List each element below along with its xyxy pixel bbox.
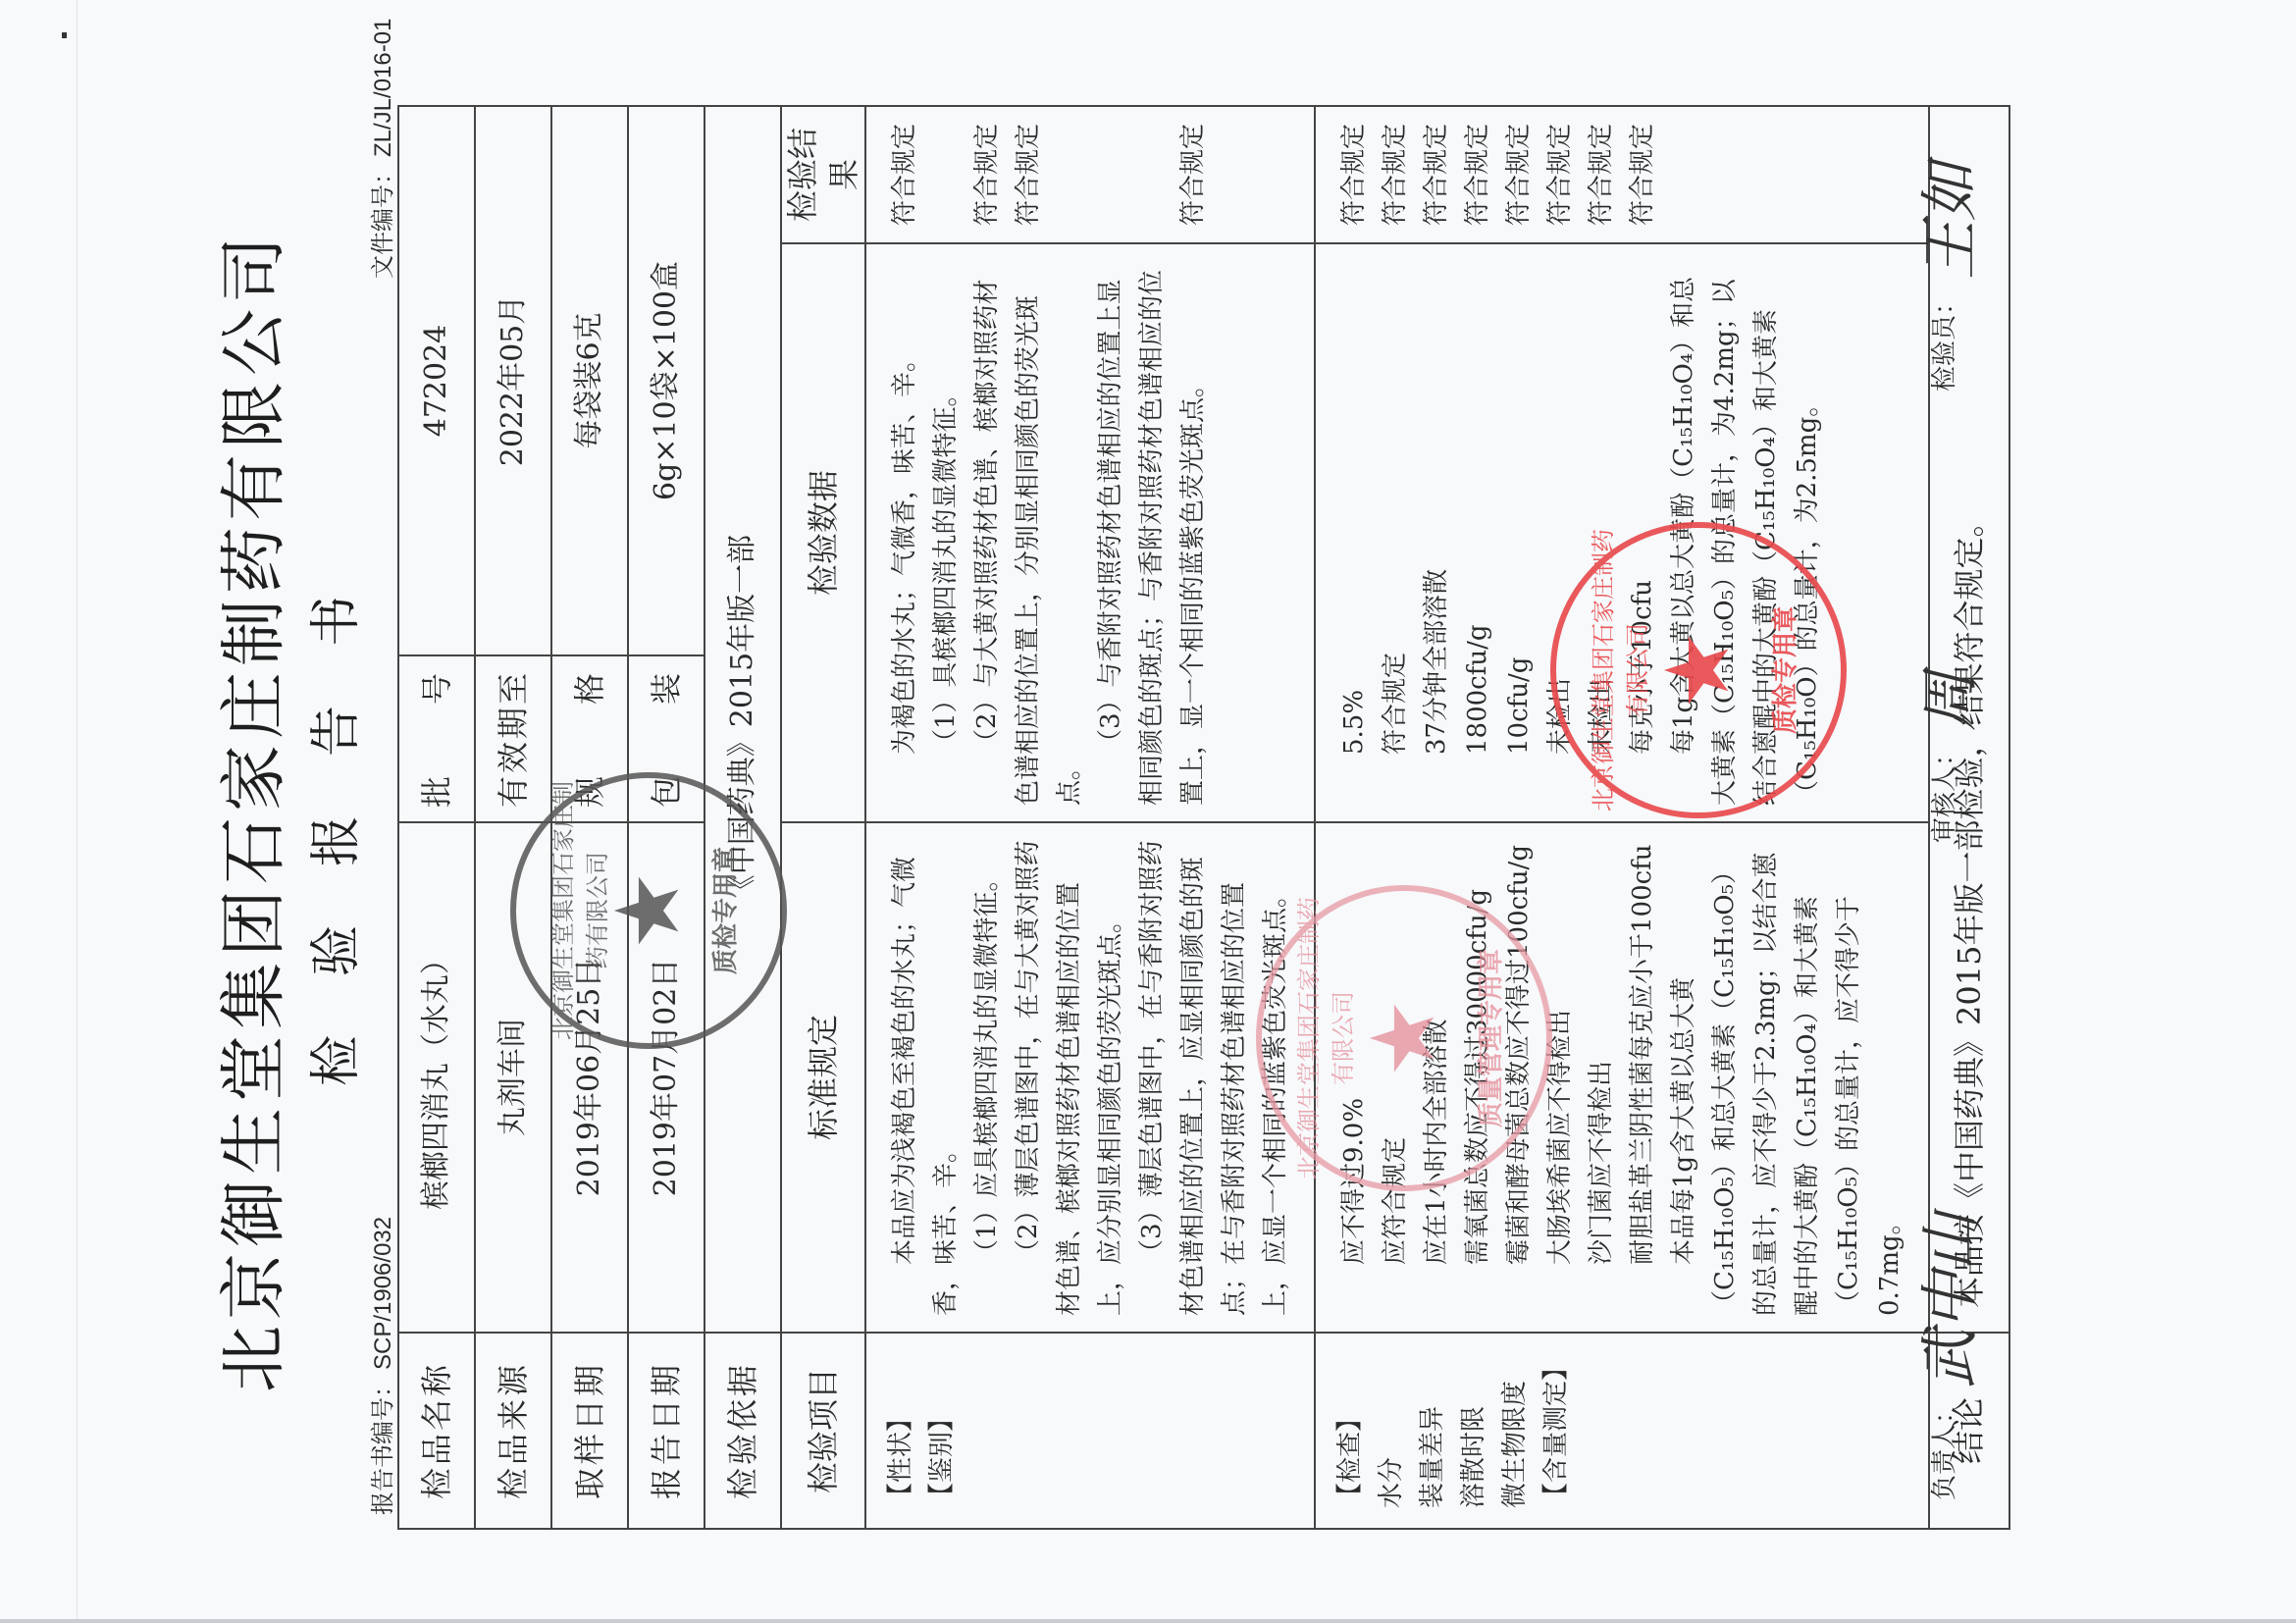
data-text: （2）与大黄对照药材色谱、槟榔对照药材色谱相应的位置上，分别显相同颜色的荧光斑点… [966,260,1090,806]
report-page: 北京御生堂集团石家庄制药有限公司 检验报告书 报告书编号：SCP/1906/03… [0,0,2296,1623]
header-label: 检品来源 [475,1333,551,1529]
result-text [1090,111,1131,238]
data-text: 5.5% [1333,260,1375,806]
header-value: 6g×10袋×100盒 [628,106,704,655]
result-text: 符合规定 [1416,111,1457,238]
inspection-item: 【鉴别】 [921,1353,963,1508]
report-title: 检验报告书 [294,0,368,1623]
data-text: 37分钟全部溶散 [1416,260,1457,806]
header-value: 472024 [398,106,475,655]
responsible-handwriting: 武中山 [1916,1212,1985,1388]
inspection-item: 微生物限度 [1494,1353,1536,1508]
standard-text: 耐胆盐革兰阴性菌每克应小于100cfu [1622,839,1663,1316]
result-text: 符合规定 [884,111,925,238]
data-text: 为褐色的水丸；气微香，味苦、辛。 [884,260,925,806]
result-text: 符合规定 [966,111,1008,238]
col-standard: 标准规定 [781,822,865,1333]
header-row: 检品名称槟榔四消丸（水丸）批 号472024 [398,106,475,1529]
data-text: （1）具槟榔四消丸的显微特征。 [925,260,966,806]
inspection-item: 水分 [1371,1353,1412,1508]
inspection-item: 【检查】 [1330,1353,1371,1508]
basis-label: 检验依据 [704,1333,781,1529]
column-headers: 检验项目 标准规定 检验数据 检验结果 [781,106,865,1529]
company-name: 北京御生堂集团石家庄制药有限公司 [201,0,296,1623]
pink-seal-stamp: 北京御生堂集团石家庄制药有限公司 ★ 质量管理专用章 [1256,885,1552,1191]
header-value: 槟榔四消丸（水丸） [398,822,475,1333]
file-number-label: 文件编号： [370,161,396,279]
data-text: （3）与香附对照药材色谱相应的位置上显相同颜色的斑点；与香附对照药材色谱相应的位… [1090,260,1214,806]
result-text: 符合规定 [1622,111,1663,238]
section1-standard: 本品应为浅褐色至褐色的水丸；气微香，味苦、辛。（1）应具槟榔四消丸的显微特征。（… [865,822,1315,1333]
star-icon: ★ [1360,999,1448,1078]
standard-text: 本品应为浅褐色至褐色的水丸；气微香，味苦、辛。 [884,839,966,1316]
inspector-handwriting: 王如 [1916,162,1985,280]
col-result: 检验结果 [781,106,865,243]
reviewer-label: 审核人： [1929,741,1958,843]
section1-data: 为褐色的水丸；气微香，味苦、辛。（1）具槟榔四消丸的显微特征。（2）与大黄对照药… [865,243,1315,822]
reviewer-signature: 审核人：周 [1904,672,1988,843]
inspection-item: 【含量测定】 [1536,1353,1577,1508]
red-seal-stamp: 北京御生堂集团石家庄制药有限公司 ★ 质检专用章 [1550,522,1847,818]
col-data: 检验数据 [781,243,865,822]
inspection-item: 装量差异 [1412,1353,1453,1508]
result-text: 符合规定 [1008,111,1049,238]
standard-text: 本品每1g含大黄以总大黄（C₁₅H₁₀O₅）和总大黄素（C₁₅H₁₀O₅）的总量… [1663,839,1910,1316]
header-row: 检品来源丸剂车间有效期至2022年05月 [475,106,551,1529]
inspector-label: 检验员： [1929,289,1958,392]
result-text: 符合规定 [1457,111,1498,238]
section-checks: 【检查】水分装量差异溶散时限微生物限度【含量测定】 应不得过9.0%应符合规定应… [1315,106,1929,1529]
basis-value: 《中国药典》2015年版一部 [704,106,781,1333]
result-text [1131,111,1173,238]
report-number: 报告书编号：SCP/1906/032 [363,1213,397,1515]
inspection-item: 溶散时限 [1453,1353,1494,1508]
stamp-ring-text: 北京御生堂集团石家庄制药有限公司 [544,778,612,1043]
header-label: 报告日期 [628,1333,704,1529]
result-text: 符合规定 [1498,111,1539,238]
report-number-value: SCP/1906/032 [370,1217,396,1370]
inspector-signature: 检验员：王如 [1904,162,1988,392]
section1-results: 符合规定符合规定符合规定符合规定 [865,106,1315,243]
standard-text: （2）薄层色谱图中，在与大黄对照药材色谱、槟榔对照药材色谱相应的位置上，应分别显… [1008,839,1131,1316]
stamp-ring-text: 北京御生堂集团石家庄制药有限公司 [1584,528,1652,812]
data-text: 1800cfu/g [1457,260,1498,806]
reviewer-handwriting: 周 [1916,672,1985,731]
inspection-item: 【性状】 [880,1353,921,1508]
stamp-center-text: 质量管理专用章 [1471,891,1507,1185]
star-icon: ★ [604,871,693,951]
col-item: 检验项目 [781,1333,865,1529]
section1-items: 【性状】【鉴别】 [865,1333,1315,1529]
grey-seal-stamp: 北京御生堂集团石家庄制药有限公司 ★ 质检专用章 [510,772,787,1049]
result-text: 符合规定 [1375,111,1416,238]
result-text: 符合规定 [1333,111,1375,238]
section-identification: 【性状】【鉴别】 本品应为浅褐色至褐色的水丸；气微香，味苦、辛。（1）应具槟榔四… [865,106,1315,1529]
standard-text: （1）应具槟榔四消丸的显微特征。 [966,839,1008,1316]
header-label: 批 号 [398,655,475,822]
header-label: 检品名称 [398,1333,475,1529]
file-number-value: ZL/JL/016-01 [370,19,396,157]
section2-items: 【检查】水分装量差异溶散时限微生物限度【含量测定】 [1315,1333,1929,1529]
stamp-center-text: 质检专用章 [1765,528,1801,812]
header-value: 2022年05月 [475,106,551,655]
result-text: 符合规定 [1581,111,1622,238]
star-icon: ★ [1654,631,1743,710]
result-text [925,111,966,238]
file-number: 文件编号：ZL/JL/016-01 [363,15,397,279]
responsible-signature: 负责人：武中山 [1904,1212,1988,1500]
section2-results: 符合规定符合规定符合规定符合规定符合规定符合规定符合规定符合规定 [1315,106,1929,243]
data-text: 符合规定 [1375,260,1416,806]
stamp-center-text: 质检专用章 [705,778,742,1043]
header-label: 有效期至 [475,655,551,822]
result-text [1049,111,1090,238]
stamp-ring-text: 北京御生堂集团石家庄制药有限公司 [1289,891,1358,1185]
header-value: 每袋装6克 [551,106,628,655]
responsible-label: 负责人： [1929,1398,1958,1500]
report-number-label: 报告书编号： [370,1374,396,1515]
result-text: 符合规定 [1173,111,1214,238]
result-text: 符合规定 [1539,111,1581,238]
header-label: 取样日期 [551,1333,628,1529]
standard-text: 沙门菌应不得检出 [1581,839,1622,1316]
data-text: 10cfu/g [1498,260,1539,806]
